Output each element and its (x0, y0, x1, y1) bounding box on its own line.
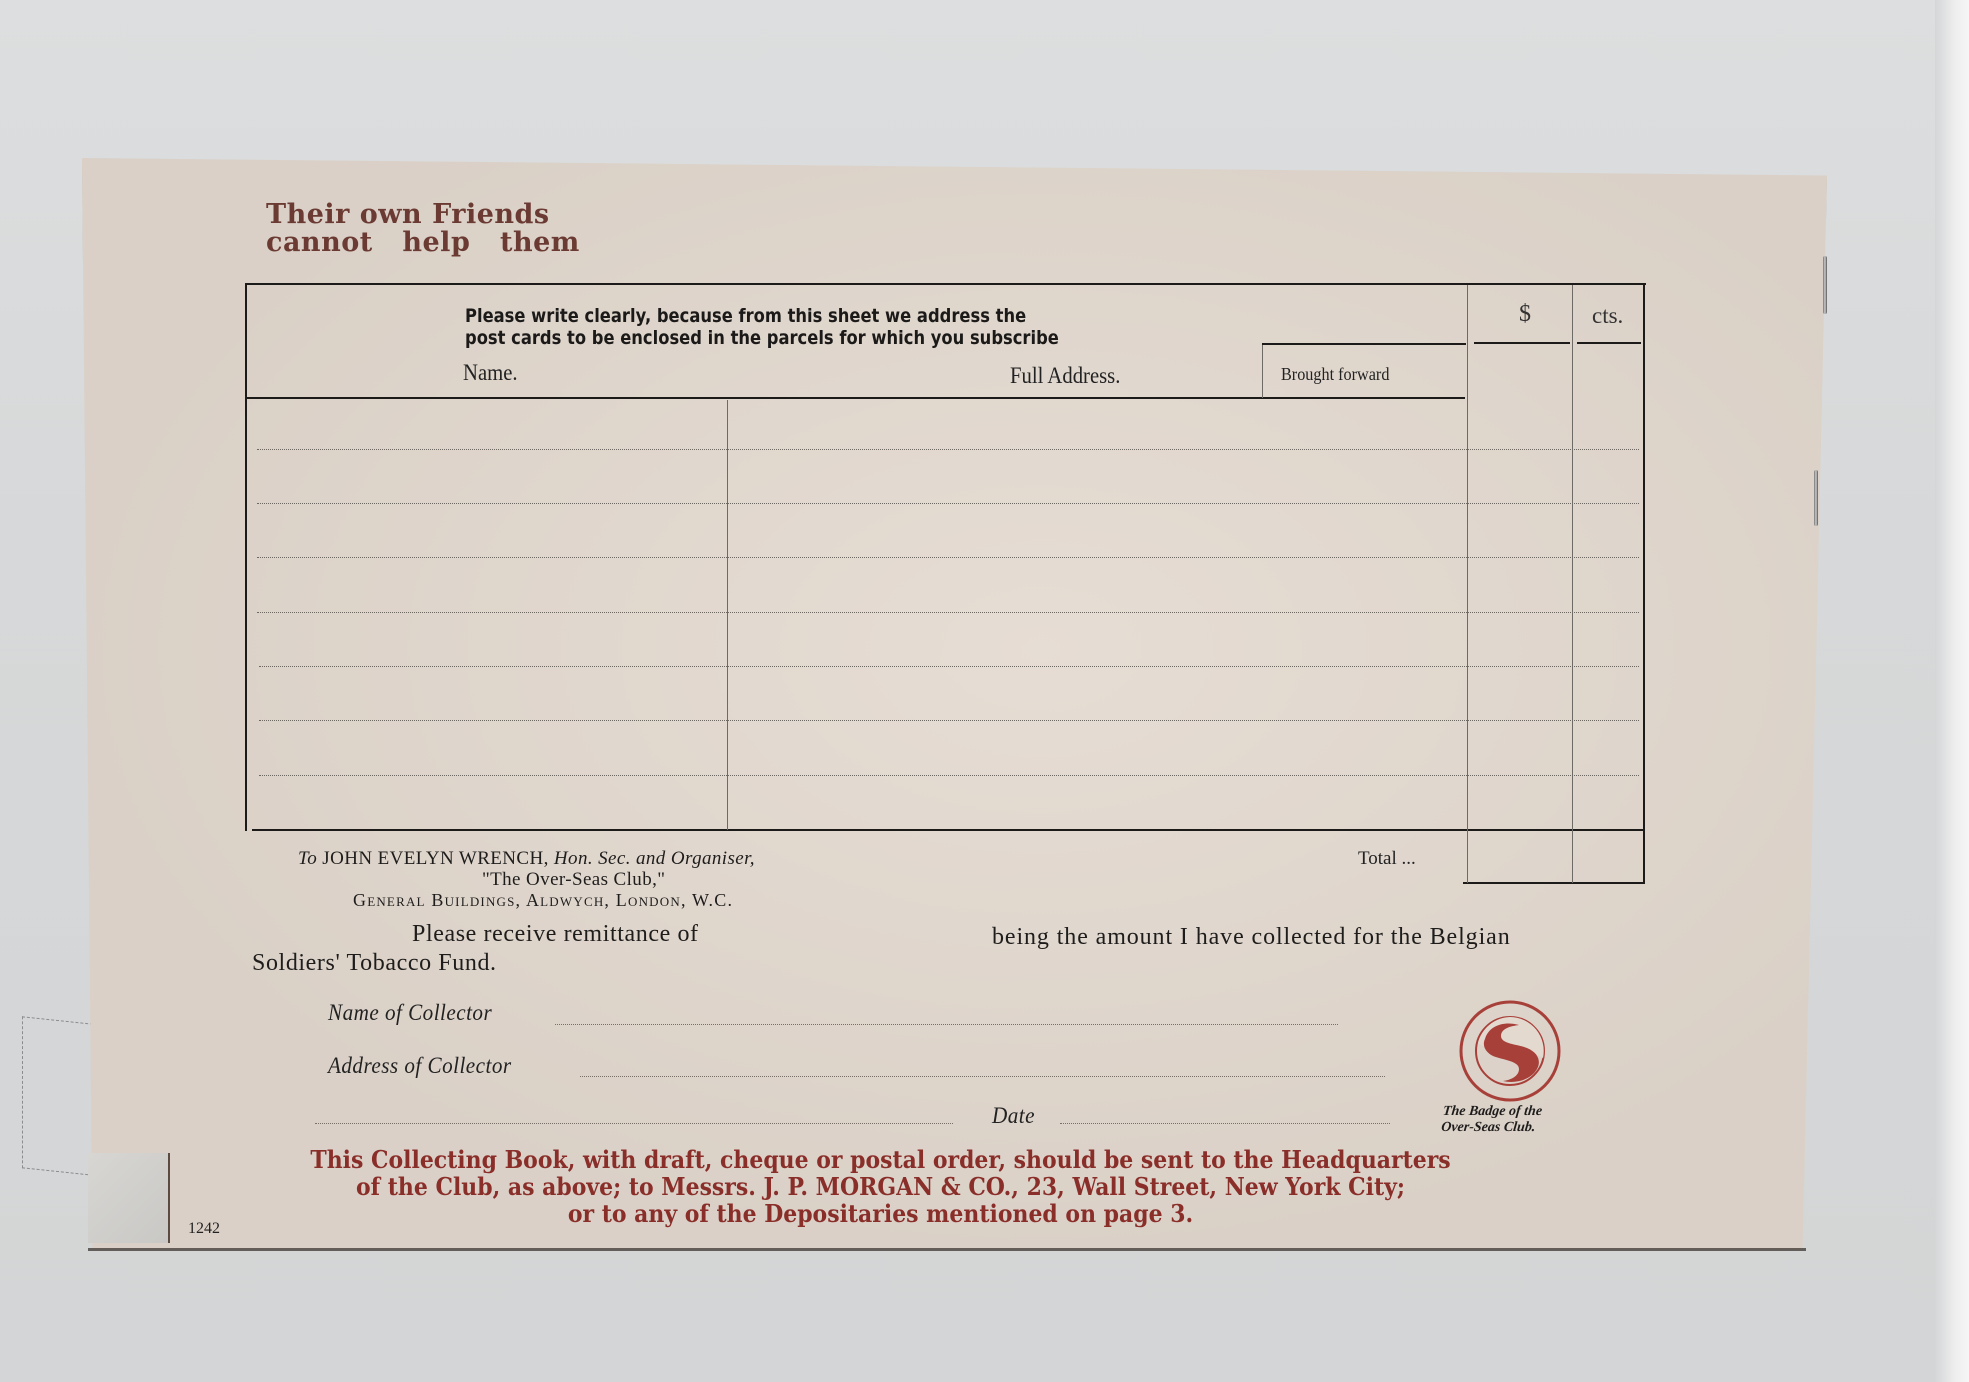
footer-instructions: This Collecting Book, with draft, cheque… (240, 1146, 1521, 1227)
remittance-amount-field[interactable] (780, 921, 985, 951)
table-row[interactable] (259, 666, 1639, 667)
folded-corner (88, 1153, 170, 1243)
page-edge (88, 1248, 1806, 1251)
column-header-name: Name. (463, 360, 518, 386)
date-label: Date (992, 1103, 1035, 1129)
to-prefix: To (298, 848, 317, 869)
recipient-address: General Buildings, Aldwych, London, W.C. (353, 890, 733, 911)
underlying-sheet-outline (22, 1016, 93, 1175)
table-row[interactable] (259, 720, 1639, 721)
brought-forward-label: Brought forward (1281, 364, 1389, 385)
table-row[interactable] (257, 449, 1639, 450)
form-number: 1242 (188, 1220, 220, 1238)
table-row[interactable] (257, 557, 1639, 558)
total-dollars-field[interactable] (1468, 832, 1572, 882)
total-cents-field[interactable] (1573, 832, 1643, 882)
collector-name-label: Name of Collector (328, 1000, 492, 1026)
headline: Their own Friends cannot help them (266, 201, 580, 257)
recipient-name: JOHN EVELYN WRENCH, (322, 848, 548, 869)
badge-caption: The Badge of the Over-Seas Club. (1440, 1104, 1543, 1136)
collector-extra-line[interactable] (315, 1123, 953, 1124)
table-row[interactable] (259, 775, 1639, 776)
over-seas-club-badge-icon (1457, 998, 1563, 1104)
recipient-line-1: To JOHN EVELYN WRENCH, Hon. Sec. and Org… (298, 848, 755, 870)
recipient-title: Hon. Sec. and Organiser, (554, 848, 755, 869)
column-header-address: Full Address. (1010, 363, 1120, 389)
table-row[interactable] (257, 612, 1639, 613)
backdrop-edge (1935, 0, 1969, 1382)
column-header-dollars: $ (1519, 301, 1531, 328)
footer-line-1: This Collecting Book, with draft, cheque… (240, 1146, 1521, 1173)
column-header-cents: cts. (1592, 303, 1623, 329)
table-instructions: Please write clearly, because from this … (465, 305, 1059, 349)
remittance-text-end: being the amount I have collected for th… (992, 924, 1511, 951)
staple-top (1823, 256, 1827, 314)
remittance-text-continued: Soldiers' Tobacco Fund. (252, 950, 497, 977)
staple-bottom (1814, 470, 1818, 526)
footer-line-2: of the Club, as above; to Messrs. J. P. … (240, 1173, 1521, 1200)
headline-line-1: Their own Friends (266, 201, 580, 229)
remittance-text-start: Please receive remittance of (412, 921, 699, 948)
collector-name-field[interactable] (555, 1024, 1338, 1025)
collector-address-field[interactable] (580, 1076, 1385, 1077)
table-row[interactable] (257, 503, 1639, 504)
recipient-club: "The Over-Seas Club," (482, 869, 665, 891)
date-field[interactable] (1060, 1123, 1390, 1124)
footer-line-3: or to any of the Depositaries mentioned … (240, 1200, 1521, 1227)
collector-address-label: Address of Collector (328, 1053, 512, 1079)
headline-line-2: cannot help them (266, 229, 580, 257)
total-label: Total ... (1358, 848, 1416, 870)
